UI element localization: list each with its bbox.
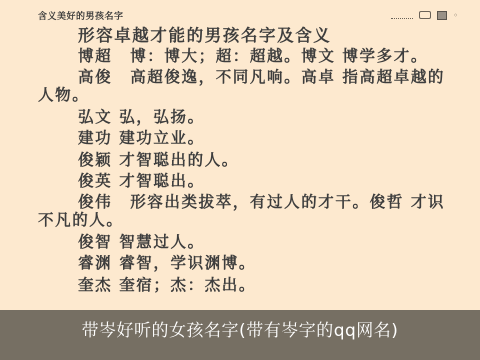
document-body: 形容卓越才能的男孩名字及含义 博超博：博大；超：超越。博文 博学多才。 高俊高超…	[38, 26, 450, 294]
entry-name: 奎杰	[78, 276, 112, 294]
signal-icon	[391, 12, 413, 19]
entry-meaning: 才智聪出的人。	[119, 151, 239, 169]
name-entry: 奎杰 奎宿；杰：杰出。	[38, 276, 450, 295]
entry-meaning: 形容出类拔萃，有过人的才干。	[130, 193, 369, 211]
name-entry: 睿渊 睿智，学识渊博。	[38, 254, 450, 273]
entry-meaning: 睿智，学识渊博。	[119, 254, 256, 272]
document-page: 含义美好的男孩名字 ◦ 形容卓越才能的男孩名字及含义 博超博：博大；超：超越。博…	[0, 0, 480, 360]
entry-name: 睿渊	[78, 254, 112, 272]
entry-meaning: 高超俊逸，不同凡响。	[130, 68, 301, 86]
entry-name: 博文	[301, 47, 335, 65]
dot-icon: ◦	[453, 11, 458, 20]
battery-icon	[419, 11, 431, 19]
entry-name: 俊颖	[78, 151, 112, 169]
entry-meaning: 博：博大；超：超越。	[130, 47, 301, 65]
entry-meaning: 奎宿；杰：杰出。	[119, 276, 256, 294]
entry-meaning: 智慧过人。	[119, 233, 205, 251]
entry-name: 弘文	[78, 108, 112, 126]
name-entry: 建功 建功立业。	[38, 129, 450, 148]
entry-name: 俊伟	[78, 193, 112, 211]
entry-meaning: 建功立业。	[119, 129, 205, 147]
name-entry: 俊颖 才智聪出的人。	[38, 151, 450, 170]
name-entry: 俊英 才智聪出。	[38, 172, 450, 191]
name-entry: 博超博：博大；超：超越。博文 博学多才。	[38, 47, 450, 66]
name-entry: 高俊高超俊逸，不同凡响。高卓 指高超卓越的人物。	[38, 68, 450, 105]
entry-name: 俊哲	[370, 193, 404, 211]
name-entry: 弘文 弘，弘扬。	[38, 108, 450, 127]
entry-name: 俊智	[78, 233, 112, 251]
entry-name: 高卓	[301, 68, 335, 86]
entry-meaning: 才智聪出。	[119, 172, 205, 190]
entry-meaning: 博学多才。	[342, 47, 428, 65]
entry-name: 俊英	[78, 172, 112, 190]
reader-status-bar: 含义美好的男孩名字 ◦	[38, 8, 458, 22]
section-heading: 形容卓越才能的男孩名字及含义	[38, 26, 450, 45]
entry-name: 高俊	[78, 68, 112, 86]
entry-meaning: 弘，弘扬。	[119, 108, 205, 126]
document-header-title: 含义美好的男孩名字	[38, 9, 124, 22]
entry-name: 建功	[78, 129, 112, 147]
status-icons: ◦	[391, 11, 458, 20]
name-entry: 俊智 智慧过人。	[38, 233, 450, 252]
entry-name: 博超	[78, 47, 112, 65]
box-icon	[437, 11, 447, 20]
image-caption: 带岑好听的女孩名字(带有岑字的qq网名)	[0, 316, 480, 341]
name-entry: 俊伟形容出类拔萃，有过人的才干。俊哲 才识不凡的人。	[38, 193, 450, 230]
